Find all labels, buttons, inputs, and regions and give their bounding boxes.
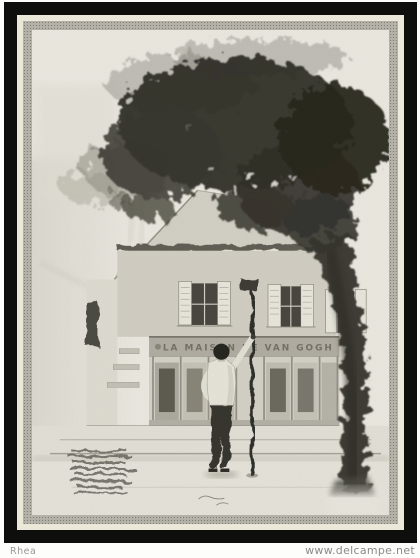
charcoal-drawing: LA MAISON DE VAN GOGH — [32, 30, 389, 515]
paper-grain-overlay — [32, 30, 389, 515]
watermark-artist: Rhea — [10, 546, 36, 557]
postcard-inner-mat: LA MAISON DE VAN GOGH — [17, 15, 404, 530]
drawing-canvas: LA MAISON DE VAN GOGH — [32, 30, 389, 515]
postcard-black-frame: LA MAISON DE VAN GOGH — [4, 2, 417, 543]
stipple-border: LA MAISON DE VAN GOGH — [23, 21, 398, 524]
watermark-website: www.delcampe.net — [305, 544, 415, 557]
